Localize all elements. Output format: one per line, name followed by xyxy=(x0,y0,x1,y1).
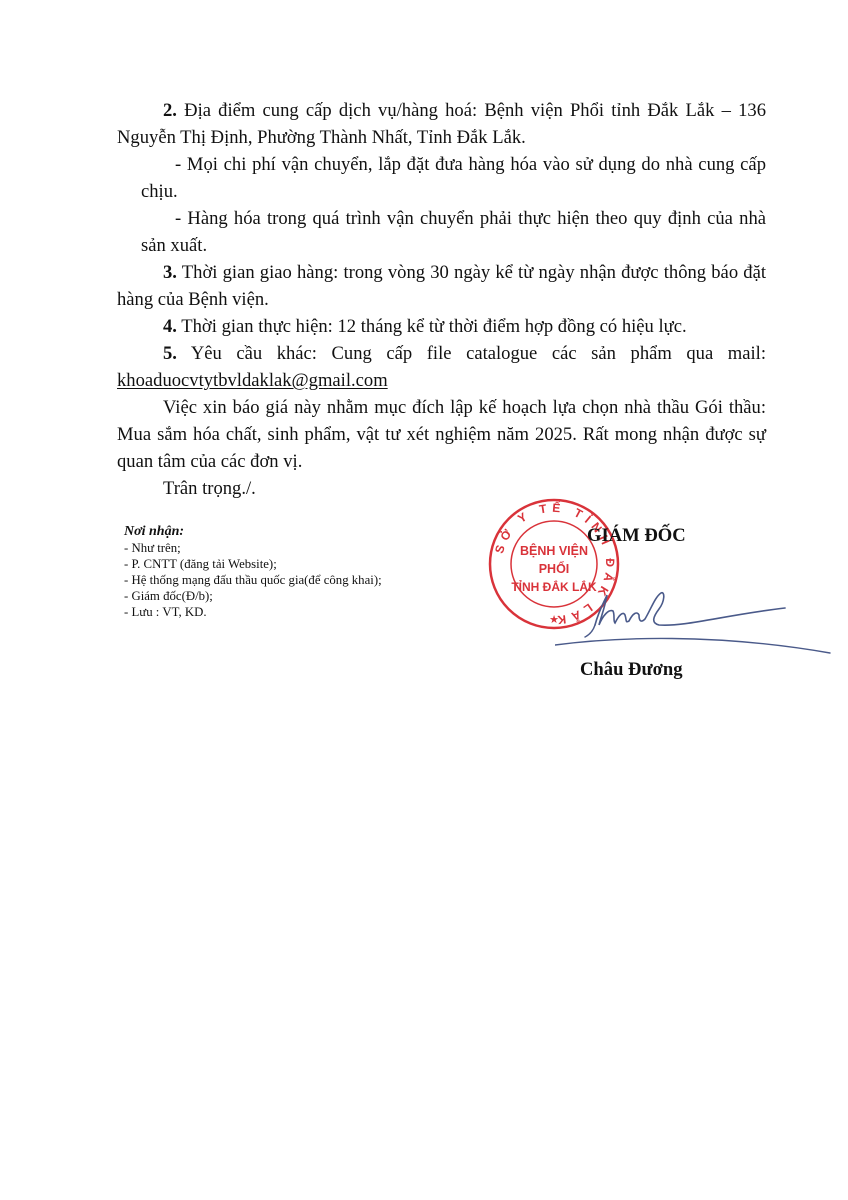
bullet-transport-rules-text: - Hàng hóa trong quá trình vận chuyển ph… xyxy=(141,208,766,256)
recipient-item: - Giám đốc(Đ/b); xyxy=(124,588,382,604)
recipient-item: - Như trên; xyxy=(124,540,382,556)
signer-title: GIÁM ĐỐC xyxy=(587,525,686,547)
recipient-item: - Hệ thống mạng đấu thầu quốc gia(để côn… xyxy=(124,572,382,588)
item-5-text: Yêu cầu khác: Cung cấp file catalogue cá… xyxy=(177,343,766,364)
item-2-number: 2. xyxy=(163,100,177,121)
item-4-text: Thời gian thực hiện: 12 tháng kể từ thời… xyxy=(177,316,687,337)
recipients-title: Nơi nhận: xyxy=(124,523,382,540)
signer-name: Châu Đương xyxy=(580,659,683,681)
item-4-execution-time: 4. Thời gian thực hiện: 12 tháng kể từ t… xyxy=(117,313,766,340)
recipients-block: Nơi nhận: - Như trên; - P. CNTT (đăng tả… xyxy=(124,523,382,620)
handwritten-signature-icon xyxy=(555,575,835,665)
bullet-transport-rules: - Hàng hóa trong quá trình vận chuyển ph… xyxy=(117,205,766,259)
item-4-number: 4. xyxy=(163,316,177,337)
item-2-text: Địa điểm cung cấp dịch vụ/hàng hoá: Bệnh… xyxy=(117,100,766,148)
document-page: 2. Địa điểm cung cấp dịch vụ/hàng hoá: B… xyxy=(0,0,848,1200)
recipient-item: - P. CNTT (đăng tải Website); xyxy=(124,556,382,572)
purpose-paragraph: Việc xin báo giá này nhằm mục đích lập k… xyxy=(117,394,766,475)
item-3-delivery-time: 3. Thời gian giao hàng: trong vòng 30 ng… xyxy=(117,259,766,313)
bullet-shipping-cost-text: - Mọi chi phí vận chuyển, lắp đặt đưa hà… xyxy=(141,154,766,202)
item-3-text: Thời gian giao hàng: trong vòng 30 ngày … xyxy=(117,262,766,310)
item-3-number: 3. xyxy=(163,262,177,283)
item-2-delivery-location: 2. Địa điểm cung cấp dịch vụ/hàng hoá: B… xyxy=(117,97,766,151)
closing-text: Trân trọng./. xyxy=(117,475,766,502)
stamp-line-2: PHỔI xyxy=(539,561,570,576)
bullet-shipping-cost: - Mọi chi phí vận chuyển, lắp đặt đưa hà… xyxy=(117,151,766,205)
email-link[interactable]: khoaduocvtytbvldaklak@gmail.com xyxy=(117,370,388,391)
document-body: 2. Địa điểm cung cấp dịch vụ/hàng hoá: B… xyxy=(117,97,766,502)
item-5-number: 5. xyxy=(163,343,177,364)
item-5-other-requirements: 5. Yêu cầu khác: Cung cấp file catalogue… xyxy=(117,340,766,394)
stamp-line-1: BỆNH VIỆN xyxy=(520,543,588,558)
recipient-item: - Lưu : VT, KD. xyxy=(124,604,382,620)
